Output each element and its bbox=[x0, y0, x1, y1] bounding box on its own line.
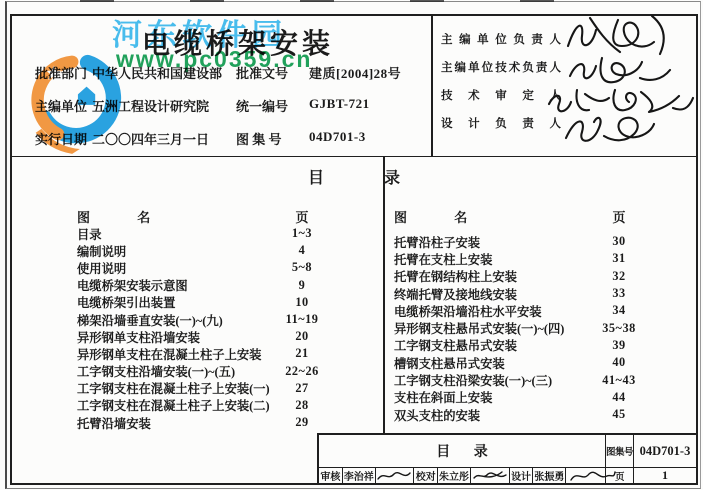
toc-page-header: 页 bbox=[274, 207, 330, 226]
toc-entry-title: 工字钢支柱在混凝土柱子上安装(二) bbox=[77, 396, 274, 414]
toc-entry-pages: 45 bbox=[591, 407, 647, 422]
toc-entry-title: 托臂在钢结构柱上安装 bbox=[394, 267, 591, 285]
header-separator-line bbox=[11, 156, 697, 158]
toc-entry: 托臂沿柱子安装 30 bbox=[394, 233, 647, 250]
toc-name-header: 图 名 bbox=[394, 207, 467, 226]
role-signature-cell bbox=[566, 468, 605, 483]
role-name-shenhe: 李治祥 bbox=[343, 468, 376, 483]
title-block: 目 录 图集号 04D701-3 审核 李治祥 校对 朱立彤 设计 张振勇 bbox=[317, 433, 698, 485]
toc-entry: 异形钢单支柱沿墙安装 20 bbox=[77, 328, 330, 345]
signature-scribble-jiaodui bbox=[472, 469, 508, 483]
toc-column-divider bbox=[383, 157, 385, 433]
toc-entry: 电缆桥架安装示意图 9 bbox=[77, 277, 330, 294]
field-value: GJBT-721 bbox=[309, 96, 370, 112]
toc-entry-title: 工字钢支柱沿梁安装(一)~(三) bbox=[394, 371, 591, 389]
signatory-label-tech-chief: 主编单位技术负责人 bbox=[441, 59, 561, 75]
toc-entry-pages: 41~43 bbox=[591, 373, 647, 388]
page-label: 页 bbox=[606, 468, 634, 483]
atlas-number-label: 图集号 bbox=[606, 435, 634, 468]
field-label: 统一编号 bbox=[236, 96, 288, 115]
signatory-label-reviewer: 技术审定人 bbox=[441, 87, 561, 103]
toc-entry: 工字钢支柱在混凝土柱子上安装(二) 28 bbox=[77, 397, 330, 414]
header-field-row: 主编单位 五洲工程设计研究院 统一编号 GJBT-721 bbox=[0, 96, 431, 114]
field-label: 批准文号 bbox=[236, 63, 288, 82]
toc-entry-title: 电缆桥架引出装置 bbox=[77, 293, 274, 311]
toc-entry: 电缆桥架沿墙沿柱水平安装 34 bbox=[394, 302, 647, 319]
document-title: 电缆桥架安装 bbox=[126, 22, 350, 62]
field-value: 五洲工程设计研究院 bbox=[92, 96, 209, 115]
atlas-cover-page: 电缆桥架安装 批准部门 中华人民共和国建设部 批准文号 建质[2004]28号 … bbox=[0, 0, 703, 490]
toc-entry-title: 支柱在斜面上安装 bbox=[394, 388, 591, 406]
toc-entry-pages: 21 bbox=[274, 346, 330, 361]
toc-entry-pages: 9 bbox=[274, 278, 330, 293]
toc-entry-pages: 30 bbox=[591, 234, 647, 249]
toc-entry-title: 梯架沿墙垂直安装(一)~(九) bbox=[77, 311, 274, 329]
toc-entry: 工字钢支柱在混凝土柱子上安装(一) 27 bbox=[77, 380, 330, 397]
field-value: 二〇〇四年三月一日 bbox=[92, 129, 209, 148]
toc-left-list: 目录 1~3 编制说明 4 使用说明 5~8 电缆桥架安装示意图 9 电缆桥架引… bbox=[77, 225, 330, 431]
toc-entry-pages: 32 bbox=[591, 269, 647, 284]
toc-section-title: 目 录 bbox=[10, 165, 698, 188]
toc-entry-title: 编制说明 bbox=[77, 242, 274, 260]
toc-name-header: 图 名 bbox=[77, 207, 150, 226]
toc-entry-title: 托臂沿柱子安装 bbox=[394, 233, 591, 251]
field-label: 图 集 号 bbox=[236, 129, 282, 148]
toc-entry-pages: 44 bbox=[591, 390, 647, 405]
toc-right-column-header: 图 名 页 bbox=[394, 207, 647, 226]
field-value: 中华人民共和国建设部 bbox=[92, 63, 222, 82]
toc-entry: 工字钢支柱沿墙安装(一)~(五) 22~26 bbox=[77, 363, 330, 380]
role-name-sheji: 张振勇 bbox=[533, 468, 566, 483]
title-block-roles-row: 审核 李治祥 校对 朱立彤 设计 张振勇 bbox=[319, 468, 606, 483]
toc-entry-pages: 33 bbox=[591, 286, 647, 301]
toc-entry: 托臂在钢结构柱上安装 32 bbox=[394, 268, 647, 285]
toc-entry-pages: 39 bbox=[591, 338, 647, 353]
toc-entry: 电缆桥架引出装置 10 bbox=[77, 294, 330, 311]
toc-entry-title: 电缆桥架沿墙沿柱水平安装 bbox=[394, 302, 591, 320]
toc-entry-title: 托臂沿墙安装 bbox=[77, 414, 274, 432]
field-label: 主编单位 bbox=[35, 96, 87, 115]
toc-entry-title: 异形钢单支柱在混凝土柱子上安装 bbox=[77, 345, 274, 363]
toc-right-list: 托臂沿柱子安装 30 托臂在支柱上安装 31 托臂在钢结构柱上安装 32 终端托… bbox=[394, 233, 647, 423]
role-label-sheji: 设计 bbox=[510, 468, 534, 483]
toc-entry-title: 工字钢支柱沿墙安装(一)~(五) bbox=[77, 362, 274, 380]
title-block-title: 目 录 bbox=[319, 435, 606, 468]
role-signature-cell bbox=[471, 468, 510, 483]
toc-entry: 工字钢支柱悬吊式安装 39 bbox=[394, 337, 647, 354]
toc-entry-title: 槽钢支柱悬吊式安装 bbox=[394, 354, 591, 372]
header-field-row: 实行日期 二〇〇四年三月一日 图 集 号 04D701-3 bbox=[0, 129, 431, 147]
scan-top-marks bbox=[80, 0, 620, 2]
field-value: 建质[2004]28号 bbox=[309, 63, 401, 82]
toc-entry: 终端托臂及接地线安装 33 bbox=[394, 285, 647, 302]
toc-entry-pages: 1~3 bbox=[274, 226, 330, 241]
toc-entry-pages: 4 bbox=[274, 243, 330, 258]
toc-entry: 使用说明 5~8 bbox=[77, 259, 330, 276]
toc-entry: 异形钢单支柱在混凝土柱子上安装 21 bbox=[77, 345, 330, 362]
toc-entry-pages: 31 bbox=[591, 251, 647, 266]
toc-entry: 双头支柱的安装 45 bbox=[394, 406, 647, 423]
signatory-label-designer: 设计负责人 bbox=[441, 115, 561, 131]
toc-entry-pages: 34 bbox=[591, 303, 647, 318]
toc-entry: 工字钢支柱沿梁安装(一)~(三) 41~43 bbox=[394, 371, 647, 388]
toc-entry-pages: 20 bbox=[274, 329, 330, 344]
toc-entry-pages: 29 bbox=[274, 415, 330, 430]
toc-entry-title: 工字钢支柱在混凝土柱子上安装(一) bbox=[77, 379, 274, 397]
role-signature-cell bbox=[376, 468, 415, 483]
toc-entry: 编制说明 4 bbox=[77, 242, 330, 259]
field-label: 批准部门 bbox=[35, 63, 87, 82]
toc-entry: 梯架沿墙垂直安装(一)~(九) 11~19 bbox=[77, 311, 330, 328]
role-name-jiaodui: 朱立彤 bbox=[438, 468, 471, 483]
toc-entry-title: 托臂在支柱上安装 bbox=[394, 250, 591, 268]
toc-entry-pages: 10 bbox=[274, 295, 330, 310]
field-value: 04D701-3 bbox=[309, 129, 366, 145]
signature-scribble-shenhe bbox=[376, 469, 412, 483]
toc-entry: 槽钢支柱悬吊式安装 40 bbox=[394, 354, 647, 371]
signature-scribble-designer bbox=[560, 108, 668, 150]
atlas-number-value: 04D701-3 bbox=[634, 435, 696, 468]
toc-entry-title: 使用说明 bbox=[77, 259, 274, 277]
toc-entry: 托臂在支柱上安装 31 bbox=[394, 250, 647, 267]
header-field-row: 批准部门 中华人民共和国建设部 批准文号 建质[2004]28号 bbox=[0, 63, 431, 81]
toc-entry: 支柱在斜面上安装 44 bbox=[394, 389, 647, 406]
header-signature-divider bbox=[431, 15, 433, 156]
signatory-label-chief: 主编单位负责人 bbox=[441, 31, 561, 47]
toc-entry-pages: 27 bbox=[274, 381, 330, 396]
toc-entry-pages: 28 bbox=[274, 398, 330, 413]
toc-entry-pages: 22~26 bbox=[274, 364, 330, 379]
toc-left-column-header: 图 名 页 bbox=[77, 207, 330, 226]
toc-entry-title: 双头支柱的安装 bbox=[394, 406, 591, 424]
toc-entry-pages: 11~19 bbox=[274, 312, 330, 327]
toc-entry-title: 终端托臂及接地线安装 bbox=[394, 285, 591, 303]
toc-entry-title: 工字钢支柱悬吊式安装 bbox=[394, 336, 591, 354]
toc-entry: 托臂沿墙安装 29 bbox=[77, 414, 330, 431]
field-label: 实行日期 bbox=[35, 129, 87, 148]
toc-entry-pages: 40 bbox=[591, 355, 647, 370]
toc-entry-title: 目录 bbox=[77, 225, 274, 243]
toc-entry: 目录 1~3 bbox=[77, 225, 330, 242]
toc-entry-pages: 35~38 bbox=[591, 321, 647, 336]
page-value: 1 bbox=[634, 468, 696, 483]
role-label-shenhe: 审核 bbox=[319, 468, 343, 483]
toc-entry-title: 异形钢单支柱沿墙安装 bbox=[77, 328, 274, 346]
toc-entry: 异形钢支柱悬吊式安装(一)~(四) 35~38 bbox=[394, 319, 647, 336]
toc-page-header: 页 bbox=[591, 207, 647, 226]
toc-entry-pages: 5~8 bbox=[274, 260, 330, 275]
role-label-jiaodui: 校对 bbox=[414, 468, 438, 483]
toc-entry-title: 电缆桥架安装示意图 bbox=[77, 276, 274, 294]
toc-entry-title: 异形钢支柱悬吊式安装(一)~(四) bbox=[394, 319, 591, 337]
